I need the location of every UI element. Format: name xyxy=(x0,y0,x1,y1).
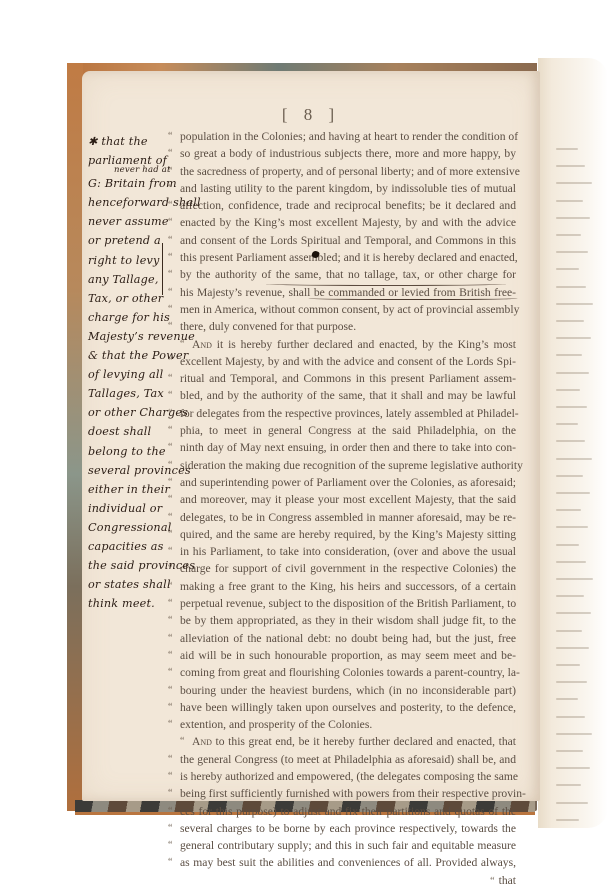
printed-line: “ritual and Temporal, and Commons in thi… xyxy=(168,370,516,387)
printed-line-text: for delegates from the respective provin… xyxy=(180,407,519,420)
printed-line: “there, duly convened for that purpose. xyxy=(168,318,516,335)
printed-line-text: and moreover, may it please your most ex… xyxy=(180,493,516,506)
manuscript-line: any Tallage, xyxy=(88,270,170,289)
facing-page-text-line xyxy=(556,182,592,184)
quotation-mark: “ xyxy=(168,630,172,647)
facing-page-text-line xyxy=(556,423,578,425)
printed-line-text: bled, and by the authority of the same, … xyxy=(180,389,516,402)
printed-line: “aid will be in such honourable proporti… xyxy=(168,647,516,664)
facing-page-text-line xyxy=(556,286,586,288)
printed-line: “so great a body of industrious subjects… xyxy=(168,145,516,162)
printed-line: “and moreover, may it please your most e… xyxy=(168,491,516,508)
printed-line-text: there, duly convened for that purpose. xyxy=(180,320,356,333)
manuscript-underline xyxy=(308,296,518,300)
printed-line: “and lasting utility to the parent kingd… xyxy=(168,180,516,197)
printed-line-text: alleviation of the national debt: no dou… xyxy=(180,632,516,645)
manuscript-line: charge for his xyxy=(88,308,170,327)
printed-line-text: the sacredness of property, and of perso… xyxy=(180,165,520,178)
printed-line-text: is hereby authorized and empowered, (the… xyxy=(180,770,518,783)
facing-page-text-line xyxy=(556,200,583,202)
marbled-board-edge xyxy=(67,63,83,811)
facing-page-text-line xyxy=(556,492,590,494)
printed-line-text: general contributary supply; and this in… xyxy=(180,839,516,852)
printed-line: “several charges to be borne by each pro… xyxy=(168,820,516,837)
printed-line-text: extention, and prosperity of the Colonie… xyxy=(180,718,372,731)
quotation-mark: “ xyxy=(168,785,172,802)
manuscript-line: never assume xyxy=(88,212,170,231)
manuscript-line: G: Britain from xyxy=(88,174,170,193)
manuscript-line: henceforward shall xyxy=(88,193,170,212)
manuscript-line: Congressional xyxy=(88,518,170,537)
printed-line-text: population in the Colonies; and having a… xyxy=(180,130,518,143)
manuscript-line: capacities as xyxy=(88,537,170,556)
facing-page-text-line xyxy=(556,268,579,270)
printed-line-text: that xyxy=(499,874,516,885)
printed-line: “general contributary supply; and this i… xyxy=(168,837,516,854)
printed-line: “sideration the making due recognition o… xyxy=(168,457,516,474)
printed-line-text: several charges to be borne by each prov… xyxy=(180,822,516,835)
printed-line: “And to this great end, be it hereby fur… xyxy=(168,733,516,750)
facing-page-text-line xyxy=(556,509,581,511)
facing-page-text-line xyxy=(556,664,580,666)
printed-line: “the general Congress (to meet at Philad… xyxy=(168,751,516,768)
small-caps-lead: And xyxy=(192,338,217,351)
printed-line: “have been willingly taken upon ourselve… xyxy=(168,699,516,716)
printed-line: “making a free grant to the King, his he… xyxy=(168,578,516,595)
printed-line-text: perpetual revenue, subject to the dispos… xyxy=(180,597,516,610)
printed-line: “And it is hereby further declared and e… xyxy=(168,336,516,353)
printed-line: “the sacredness of property, and of pers… xyxy=(168,163,516,180)
facing-page-text-line xyxy=(556,561,586,563)
printed-line: “ces for this purpose) to adjust and fix… xyxy=(168,803,516,820)
facing-page-text-line xyxy=(556,612,591,614)
printed-line-text: have been willingly taken upon ourselves… xyxy=(180,701,516,714)
facing-page-text-line xyxy=(556,354,582,356)
printed-line: “be by them appropriated, as they in the… xyxy=(168,612,516,629)
printed-line: “that xyxy=(168,872,516,885)
manuscript-line: or other Charges xyxy=(88,403,170,422)
manuscript-line: belong to the xyxy=(88,442,170,461)
printed-line: “ninth day of May next ensuing, in order… xyxy=(168,439,516,456)
facing-page-text-line xyxy=(556,698,578,700)
facing-page-text-line xyxy=(556,337,591,339)
facing-page-text-line xyxy=(556,165,585,167)
manuscript-line: Tallages, Tax xyxy=(88,384,170,403)
quotation-mark: “ xyxy=(168,803,172,820)
manuscript-bracket-line xyxy=(162,243,163,295)
facing-page-text-line xyxy=(556,750,583,752)
printed-line-text: coming from great and flourishing Coloni… xyxy=(180,666,520,679)
printed-line-text: aid will be in such honourable proportio… xyxy=(180,649,516,662)
printed-line: “affection, confidence, trade and recipr… xyxy=(168,197,516,214)
quotation-mark: “ xyxy=(168,612,172,629)
printed-text-block: “population in the Colonies; and having … xyxy=(168,128,516,885)
printed-line: “and consent of the Lords Spiritual and … xyxy=(168,232,516,249)
facing-page-text-line xyxy=(556,526,588,528)
manuscript-underline xyxy=(266,282,506,286)
facing-page-text-line xyxy=(556,320,584,322)
printed-line-text: men in America, without common consent, … xyxy=(180,303,519,316)
quotation-mark: “ xyxy=(168,699,172,716)
printed-line: “bled, and by the authority of the same,… xyxy=(168,387,516,404)
printed-line: “excellent Majesty, by and with the advi… xyxy=(168,353,516,370)
quotation-mark: “ xyxy=(168,768,172,785)
facing-page-text-line xyxy=(556,234,581,236)
printed-line-text: this present Parliament assembled; and i… xyxy=(180,251,518,264)
facing-page-text-line xyxy=(556,630,582,632)
printed-line-text: and superintending power of Parliament o… xyxy=(180,476,516,489)
manuscript-line: never had at xyxy=(114,166,170,174)
facing-page-edge xyxy=(538,58,608,828)
quotation-mark: “ xyxy=(180,733,184,750)
printed-line-text: sideration the making due recognition of… xyxy=(180,459,523,472)
printed-line: “as may best suit the abilities and conv… xyxy=(168,854,516,871)
facing-page-text-line xyxy=(556,406,587,408)
manuscript-line: doest shall xyxy=(88,422,170,441)
manuscript-line: several provinces xyxy=(88,461,170,480)
manuscript-line: or states shall xyxy=(88,575,170,594)
facing-page-text-line xyxy=(556,217,590,219)
facing-page-text-line xyxy=(556,767,590,769)
printed-line-text: and lasting utility to the parent kingdo… xyxy=(180,182,516,195)
printed-line-text: enacted by the King’s most excellent Maj… xyxy=(180,216,516,229)
facing-page-text-line xyxy=(556,303,593,305)
printed-line: “delegates, to be in Congress assembled … xyxy=(168,509,516,526)
printed-line: “for delegates from the respective provi… xyxy=(168,405,516,422)
quotation-mark: “ xyxy=(168,716,172,733)
facing-page-text-line xyxy=(556,578,593,580)
manuscript-line: individual or xyxy=(88,499,170,518)
page-number: [ 8 ] xyxy=(82,105,540,125)
printed-line: “alleviation of the national debt: no do… xyxy=(168,630,516,647)
printed-line-text: being first sufficiently furnished with … xyxy=(180,787,526,800)
printed-line-text: quired, and the same are hereby required… xyxy=(180,528,516,541)
facing-page-text-line xyxy=(556,475,583,477)
printed-line-text: so great a body of industrious subjects … xyxy=(180,147,516,160)
printed-line: “quired, and the same are hereby require… xyxy=(168,526,516,543)
printed-line-text: and consent of the Lords Spiritual and T… xyxy=(180,234,516,247)
manuscript-line: ✱ that the xyxy=(88,132,170,151)
printed-line-text: excellent Majesty, by and with the advic… xyxy=(180,355,516,368)
manuscript-line: of levying all xyxy=(88,365,170,384)
quotation-mark: “ xyxy=(168,751,172,768)
printed-line: “coming from great and flourishing Colon… xyxy=(168,664,516,681)
printed-line-text: delegates, to be in Congress assembled i… xyxy=(180,511,516,524)
facing-page-text-line xyxy=(556,595,584,597)
facing-page-text-line xyxy=(556,148,578,150)
manuscript-line: Tax, or other xyxy=(88,289,170,308)
facing-page-text-line xyxy=(556,544,579,546)
quotation-mark: “ xyxy=(168,664,172,681)
quotation-mark: “ xyxy=(168,820,172,837)
facing-page-text-line xyxy=(556,716,585,718)
printed-line: “and superintending power of Parliament … xyxy=(168,474,516,491)
quotation-mark: “ xyxy=(168,854,172,871)
printed-line: “perpetual revenue, subject to the dispo… xyxy=(168,595,516,612)
manuscript-line: right to levy xyxy=(88,251,170,270)
manuscript-line: or pretend a xyxy=(88,231,170,250)
facing-page-text-line xyxy=(556,819,579,821)
printed-line-text: bouring under the heaviest burdens, whic… xyxy=(180,684,516,697)
printed-line: “men in America, without common consent,… xyxy=(168,301,516,318)
printed-line-text: charge for support of civil government i… xyxy=(180,562,516,575)
printed-line-text: affection, confidence, trade and recipro… xyxy=(180,199,516,212)
printed-line: “is hereby authorized and empowered, (th… xyxy=(168,768,516,785)
printed-line-text: to this great end, be it hereby further … xyxy=(216,735,516,748)
printed-line-text: in his Parliament, to take into consider… xyxy=(180,545,516,558)
printed-line-text: ritual and Temporal, and Commons in this… xyxy=(180,372,516,385)
quotation-mark: “ xyxy=(490,876,494,885)
printed-line: “extention, and prosperity of the Coloni… xyxy=(168,716,516,733)
facing-page-text-line xyxy=(556,784,581,786)
manuscript-line: & that the Power xyxy=(88,346,170,365)
facing-page-text-line xyxy=(556,681,587,683)
manuscript-line: Majesty’s revenue xyxy=(88,327,170,346)
printed-line-text: phia, to meet in general Congress at the… xyxy=(180,424,516,437)
facing-page-text-line xyxy=(556,389,580,391)
quotation-mark: “ xyxy=(168,647,172,664)
printed-line: “this present Parliament assembled; and … xyxy=(168,249,516,266)
quotation-mark: “ xyxy=(168,837,172,854)
printed-line: “enacted by the King’s most excellent Ma… xyxy=(168,214,516,231)
manuscript-line: think meet. xyxy=(88,594,170,613)
manuscript-marginal-note: ✱ that theparliament ofnever had atG: Br… xyxy=(88,132,170,613)
facing-page-text-line xyxy=(556,733,592,735)
printed-line-text: the general Congress (to meet at Philade… xyxy=(180,753,516,766)
small-caps-lead: And xyxy=(192,735,216,748)
facing-page-text-line xyxy=(556,647,589,649)
printed-line: “phia, to meet in general Congress at th… xyxy=(168,422,516,439)
printed-line: “bouring under the heaviest burdens, whi… xyxy=(168,682,516,699)
facing-page-text-line xyxy=(556,802,588,804)
facing-page-text-line xyxy=(556,458,592,460)
printed-line: “charge for support of civil government … xyxy=(168,560,516,577)
manuscript-line: either in their xyxy=(88,480,170,499)
facing-page-text-line xyxy=(556,440,585,442)
printed-line: “being first sufficiently furnished with… xyxy=(168,785,516,802)
manuscript-line: the said provinces xyxy=(88,556,170,575)
printed-line-text: as may best suit the abilities and conve… xyxy=(180,856,516,869)
facing-page-text-line xyxy=(556,251,588,253)
printed-line-text: by the authority of the same, that no ta… xyxy=(180,268,516,281)
facing-page-text-line xyxy=(556,372,589,374)
printed-line-text: ninth day of May next ensuing, in order … xyxy=(180,441,516,454)
printed-line-text: be by them appropriated, as they in thei… xyxy=(180,614,516,627)
printed-line: “in his Parliament, to take into conside… xyxy=(168,543,516,560)
printed-line-text: ces for this purpose) to adjust and fix … xyxy=(180,805,516,818)
printed-line-text: making a free grant to the King, his hei… xyxy=(180,580,516,593)
quotation-mark: “ xyxy=(168,682,172,699)
printed-line: “population in the Colonies; and having … xyxy=(168,128,516,145)
printed-line-text: it is hereby further declared and enacte… xyxy=(217,338,516,351)
